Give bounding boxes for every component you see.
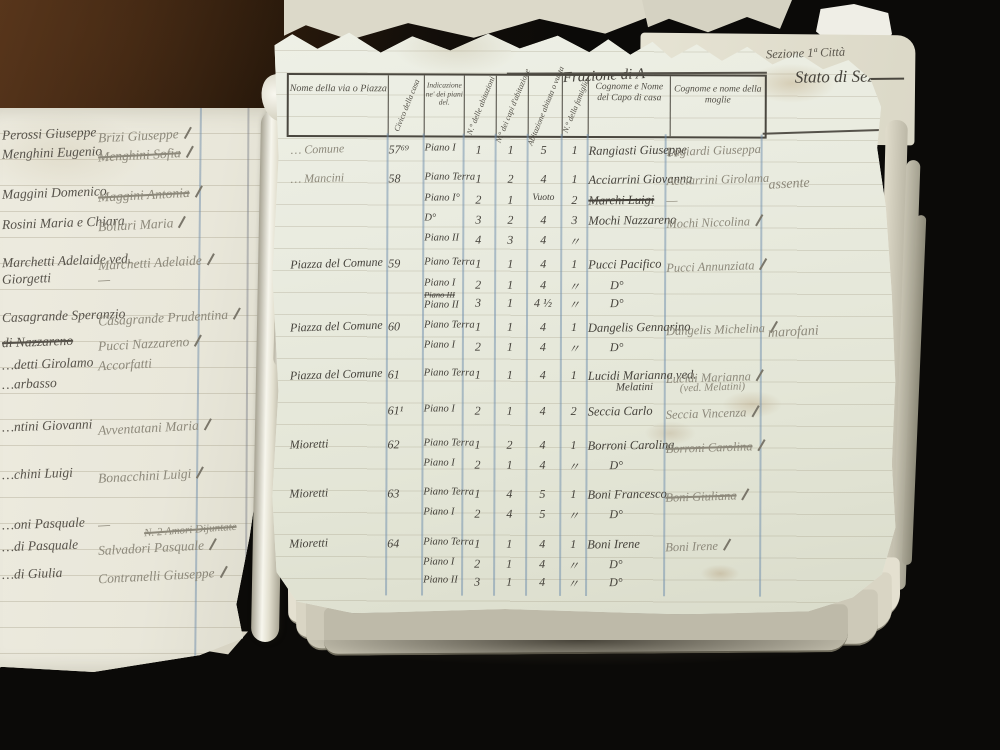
resident-name-pencil: Menghini Sofia — [98, 144, 193, 166]
ditto-mark: D° — [610, 340, 624, 355]
resident-name-pencil: Maggini Antonia — [98, 183, 201, 205]
check-mark — [178, 216, 186, 228]
resident-name-ink: …detti Girolamo — [2, 354, 94, 373]
resident-name-pencil: Bollari Maria — [98, 214, 185, 235]
photo-canvas: Perossi GiuseppeBrizi GiuseppeMenghini E… — [0, 0, 1000, 750]
house-number: 64 — [387, 536, 419, 551]
resident-name-ink: Giorgetti — [2, 270, 52, 288]
cell-value: 1 — [561, 487, 585, 502]
check-mark — [723, 539, 731, 551]
cell-value: 〃 — [561, 507, 585, 524]
wife-name: Boni Irene — [665, 536, 729, 555]
resident-name-pencil: Contranelli Giuseppe — [98, 564, 226, 588]
floor-label-struck: Piano III — [424, 289, 459, 299]
street-name: Piazza del Comune — [290, 366, 383, 384]
sezione-title: Sezione 1ª Città — [766, 45, 846, 63]
check-mark — [209, 538, 217, 550]
floor-label: Piano I — [424, 339, 455, 350]
floor-label: Piano I — [423, 556, 454, 567]
cell-value: Vuoto — [528, 193, 558, 203]
cell-value: 1 — [464, 438, 492, 453]
cell-value: 3 — [464, 296, 492, 311]
check-mark — [204, 418, 212, 430]
capo-name-line2: Melatini — [616, 381, 653, 394]
resident-name-ink: Menghini Eugenio — [2, 143, 103, 162]
check-mark — [741, 488, 749, 500]
house-number: 57⁶⁹ — [389, 142, 421, 157]
header-label-street: Nome della via o Piazza — [289, 83, 388, 95]
capo-name: Boni Irene — [587, 537, 640, 553]
cell-value: 1 — [495, 458, 523, 473]
capo-name: Borroni Carolina — [587, 438, 674, 454]
wife-name-line2: (ved. Melatini) — [680, 380, 746, 394]
resident-name-ink: …ntini Giovanni — [2, 416, 93, 435]
resident-name-pencil: Avventatani Maria — [98, 416, 211, 439]
cell-value: 4 — [528, 438, 558, 453]
street-name: … Mancini — [290, 170, 344, 187]
cell-value: 4 — [527, 458, 557, 473]
header-label-civico: Civico della casa — [392, 78, 421, 133]
header-cell-n1: N.° delle abitazioni — [465, 76, 497, 136]
check-mark — [219, 566, 227, 578]
cell-value: 〃 — [562, 233, 586, 250]
cell-value: 1 — [563, 143, 587, 158]
cell-value: 3 — [464, 213, 492, 228]
ditto-mark: D° — [609, 507, 623, 522]
cell-value: 4 — [528, 340, 558, 355]
header-label-n3: Abitazione abitata o vuota — [525, 65, 565, 147]
cell-value: 〃 — [562, 296, 586, 313]
wife-name: Lagiardi Giuseppa — [666, 142, 761, 160]
street-name: Piazza del Comune — [290, 318, 383, 336]
check-mark — [194, 334, 202, 346]
wife-name: Seccia Vincenza — [665, 403, 757, 423]
header-cell-street: Nome della via o Piazza — [289, 75, 389, 135]
cell-value: 3 — [562, 213, 586, 228]
cell-value: 1 — [497, 143, 525, 158]
check-mark — [757, 439, 765, 451]
resident-name-pencil: Brizi Giuseppe — [98, 125, 190, 147]
floor-label: Piano II — [424, 232, 459, 243]
cell-value: 1 — [496, 193, 524, 208]
cell-value: 1 — [496, 404, 524, 419]
wife-name: Acciarrini Girolama — [666, 171, 769, 189]
wife-name: Boni Giuliana — [665, 486, 748, 506]
header-cell-civico: Civico della casa — [389, 75, 425, 135]
cell-value: 2 — [496, 438, 524, 453]
cell-value: 1 — [562, 257, 586, 272]
header-cell-n3: Abitazione abitata o vuota — [529, 76, 563, 136]
street-name: Mioretti — [289, 485, 328, 501]
cell-value: 2 — [463, 507, 491, 522]
cell-value: 4 — [495, 487, 523, 502]
house-number: 59 — [388, 256, 420, 271]
resident-name-ink: Perossi Giuseppe — [2, 124, 97, 143]
check-mark — [196, 466, 204, 478]
cell-value: 4 — [528, 404, 558, 419]
cell-value: 4 — [527, 575, 557, 590]
cell-value: 2 — [463, 458, 491, 473]
cell-value: 1 — [562, 320, 586, 335]
cell-value: 1 — [562, 172, 586, 187]
pile-shadow — [300, 640, 860, 666]
column-rule — [525, 134, 529, 596]
header-cell-capo: Cognome e Nome del Capo di casa — [589, 76, 671, 136]
floor-label: Piano II — [423, 574, 458, 585]
cell-value: 〃 — [561, 557, 585, 574]
cell-value: 2 — [463, 557, 491, 572]
check-mark — [207, 253, 215, 265]
header-cell-n4: N.° della famiglia — [563, 76, 589, 136]
resident-name-ink: …di Giulia — [2, 565, 63, 583]
street-name: … Comune — [290, 141, 344, 158]
cell-value: 〃 — [561, 458, 585, 475]
cell-value: 1 — [496, 320, 524, 335]
header-label-piani: Indicazione ne' dei piani del. — [425, 81, 464, 107]
capo-name: Seccia Carlo — [588, 404, 653, 420]
wife-name: Dangelis Michelina — [666, 319, 776, 339]
resident-name-pencil: — — [98, 272, 111, 289]
check-mark — [233, 307, 241, 319]
wife-name: Borroni Carolina — [665, 437, 763, 457]
cell-value: 4 — [528, 172, 558, 187]
resident-name-pencil: Bonacchini Luigi — [98, 464, 203, 486]
cell-value: 1 — [495, 557, 523, 572]
header-cell-piani: Indicazione ne' dei piani del. — [425, 75, 465, 135]
cell-value: 2 — [562, 404, 586, 419]
floor-label: D° — [424, 212, 436, 223]
house-number: 60 — [388, 319, 420, 334]
cell-value: 4 — [464, 233, 492, 248]
cell-value: 5 — [527, 507, 557, 522]
check-mark — [183, 127, 191, 139]
cell-value: 4 — [527, 537, 557, 552]
cell-value: 1 — [464, 368, 492, 383]
resident-name-pencil: — — [98, 517, 111, 534]
cell-value: 〃 — [562, 278, 586, 295]
margin-note: assente — [768, 176, 810, 194]
cell-value: 4 — [528, 320, 558, 335]
floor-label: Piano I — [424, 277, 455, 288]
wife-name: — — [666, 193, 678, 208]
cell-value: 1 — [463, 537, 491, 552]
floor-label: Piano I — [423, 506, 454, 517]
cell-value: 2 — [496, 213, 524, 228]
cell-value: 1 — [496, 278, 524, 293]
floor-label: Piano I — [425, 142, 456, 153]
cell-value: 4 — [528, 368, 558, 383]
resident-name-ink: di Nazzareno — [2, 333, 74, 351]
cell-value: 〃 — [561, 575, 585, 592]
check-mark — [186, 146, 194, 158]
header-cell-n2: N.° dei capi d'abitazione — [497, 76, 529, 136]
resident-name-ink: …oni Pasquale — [2, 515, 85, 534]
cell-value: 2 — [464, 340, 492, 355]
cell-value: 4 — [528, 233, 558, 248]
cell-value: 1 — [463, 487, 491, 502]
header-rule-extension — [763, 129, 885, 135]
cell-value: 2 — [464, 278, 492, 293]
cell-value: 2 — [496, 172, 524, 187]
house-number: 62 — [388, 437, 420, 452]
house-number: 61¹ — [388, 403, 420, 418]
header-label-della: Cognome e nome della moglie — [671, 84, 765, 106]
wife-name: Pucci Annunziata — [666, 256, 766, 276]
capo-name: Pucci Pacifico — [588, 257, 661, 273]
cell-value: 5 — [527, 487, 557, 502]
resident-name-ink: Maggini Domenico — [2, 183, 107, 203]
cell-value: 4 — [528, 257, 558, 272]
house-number: 61 — [388, 367, 420, 382]
floor-label-text: Piano II — [424, 299, 459, 310]
cell-value: 3 — [496, 233, 524, 248]
street-name: Piazza del Comune — [290, 255, 383, 273]
cell-value: 1 — [464, 320, 492, 335]
header-label-capo: Cognome e Nome del Capo di casa — [589, 82, 670, 104]
ditto-mark: D° — [610, 296, 624, 311]
street-name: Mioretti — [289, 436, 328, 452]
header-label-n2: N.° dei capi d'abitazione — [493, 67, 531, 144]
main-ledger-page: Frazione di A Stato di Sezione Nome dell… — [265, 29, 899, 615]
table-header: Nome della via o Piazza Civico della cas… — [287, 73, 767, 139]
cell-value: 1 — [562, 438, 586, 453]
cell-value: 2 — [562, 193, 586, 208]
house-number: 58 — [388, 171, 420, 186]
cell-value: 1 — [464, 257, 492, 272]
cell-value: 1 — [495, 537, 523, 552]
ditto-mark: D° — [609, 575, 623, 590]
resident-name-ink: …di Pasquale — [2, 537, 79, 556]
header-label-n4: N.° della famiglia — [560, 78, 590, 134]
cell-value: 1 — [464, 172, 492, 187]
capo-name: Marchi Luigi — [588, 193, 654, 209]
cell-value: 1 — [495, 575, 523, 590]
cell-value: 1 — [496, 368, 524, 383]
cell-value: 4 — [528, 213, 558, 228]
check-mark — [756, 369, 764, 381]
floor-label: Piano I° — [424, 192, 459, 203]
cell-value: 1 — [465, 143, 493, 158]
resident-name-ink: …chini Luigi — [2, 465, 73, 483]
column-rule — [385, 133, 389, 595]
capo-name: Mochi Nazzareno — [588, 213, 676, 229]
cell-value: 1 — [496, 257, 524, 272]
resident-name-ink: …arbasso — [2, 375, 57, 393]
cell-value: 1 — [561, 537, 585, 552]
resident-name-pencil: Accorfatti — [98, 356, 153, 375]
wife-name: Mochi Niccolina — [666, 212, 761, 232]
column-rule — [759, 135, 763, 597]
cell-value: 〃 — [562, 340, 586, 357]
ditto-mark: D° — [610, 278, 624, 293]
check-mark — [759, 258, 767, 270]
capo-name: Boni Francesco — [587, 487, 667, 503]
street-name: Mioretti — [289, 535, 328, 551]
header-label-n1: N.° delle abitazioni — [464, 75, 496, 136]
cell-value: 4 — [527, 557, 557, 572]
cell-value: 5 — [529, 143, 559, 158]
floor-label: Piano I — [423, 457, 454, 468]
cell-value: 4 — [528, 278, 558, 293]
cell-value: 1 — [562, 368, 586, 383]
floor-label: Piano I — [424, 403, 455, 414]
header-cell-della: Cognome e nome della moglie — [671, 76, 765, 136]
ditto-mark: D° — [609, 557, 623, 572]
resident-name-pencil: Pucci Nazzareno — [98, 332, 201, 354]
cell-value: 3 — [463, 575, 491, 590]
house-number: 63 — [387, 486, 419, 501]
cell-value: 4 — [495, 507, 523, 522]
cell-value: 2 — [464, 404, 492, 419]
check-mark — [194, 185, 202, 197]
resident-name-pencil: Salvadori Pasquale — [98, 536, 216, 559]
ditto-mark: D° — [609, 458, 623, 473]
cell-value: 4 ½ — [528, 296, 558, 311]
cell-value: 2 — [464, 193, 492, 208]
margin-note: marofani — [768, 324, 820, 342]
check-mark — [751, 405, 759, 417]
floor-label: Piano IIIPiano II — [424, 289, 459, 310]
cell-value: 1 — [496, 296, 524, 311]
cell-value: 1 — [496, 340, 524, 355]
